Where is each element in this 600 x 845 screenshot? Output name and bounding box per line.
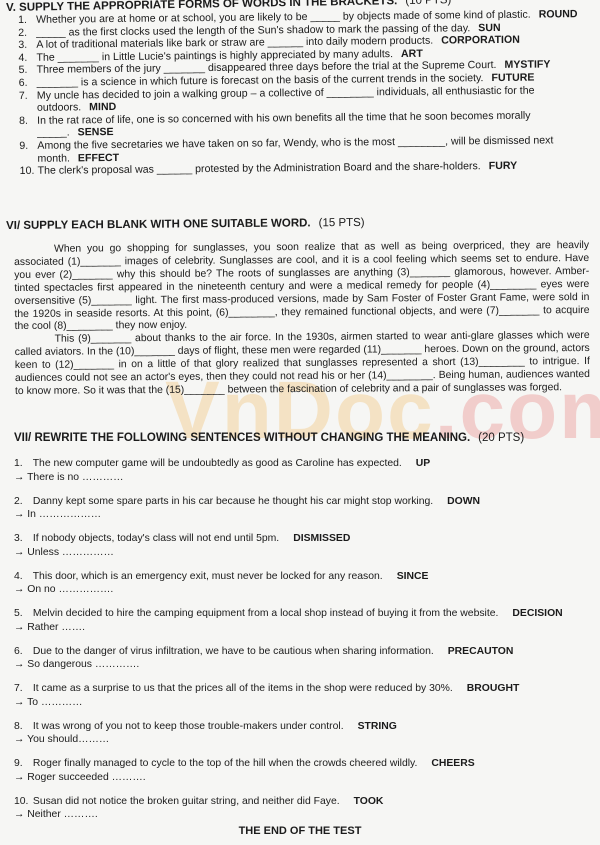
keyword: DOWN [447, 496, 480, 507]
rewrite-sentence: 10. Susan did not notice the broken guit… [14, 795, 589, 809]
rewrite-sentence: 6. Due to the danger of virus infiltrati… [14, 645, 589, 659]
rewrite-item: 7. It came as a surprise to us that the … [14, 682, 589, 709]
section-6-title: VI/ SUPPLY EACH BLANK WITH ONE SUITABLE … [6, 217, 365, 232]
keyword: SINCE [397, 571, 429, 582]
rewrite-item: 3. If nobody objects, today's class will… [14, 532, 589, 559]
keyword: UP [416, 458, 430, 469]
question-number: 10. [20, 165, 38, 178]
question-number: 7. [19, 89, 37, 114]
rewrite-item: 6. Due to the danger of virus infiltrati… [14, 645, 589, 672]
rewrite-item: 9. Roger finally managed to cycle to the… [14, 757, 589, 784]
keyword: TOOK [354, 796, 384, 807]
keyword: EFFECT [78, 151, 119, 163]
section-5-list: 1.Whether you are at home or at school, … [18, 8, 590, 178]
answer-prompt: → In ……………… [14, 508, 589, 522]
rewrite-item: 2. Danny kept some spare parts in his ca… [14, 495, 589, 522]
keyword: PRECAUTON [448, 646, 514, 657]
rewrite-sentence: 2. Danny kept some spare parts in his ca… [14, 495, 589, 509]
answer-prompt: → On no ……………. [14, 583, 589, 597]
exam-page: VnDoc.com V. SUPPLY THE APPROPRIATE FORM… [0, 0, 600, 845]
keyword: SENSE [78, 126, 114, 138]
rewrite-item: 4. This door, which is an emergency exit… [14, 570, 589, 597]
question-number: 4. [18, 52, 36, 65]
rewrite-item: 5. Melvin decided to hire the camping eq… [14, 607, 589, 634]
answer-prompt: → To ………… [14, 696, 589, 710]
passage-paragraph: When you go shopping for sunglasses, you… [14, 240, 590, 334]
rewrite-sentence: 5. Melvin decided to hire the camping eq… [14, 607, 589, 621]
rewrite-sentence: 8. It was wrong of you not to keep those… [14, 720, 589, 734]
rewrite-sentence: 9. Roger finally managed to cycle to the… [14, 757, 589, 771]
question-number: 1. [18, 14, 36, 27]
end-of-test: THE END OF THE TEST [0, 825, 600, 837]
rewrite-sentence: 4. This door, which is an emergency exit… [14, 570, 589, 584]
keyword: MIND [89, 101, 116, 113]
rewrite-sentence: 7. It came as a surprise to us that the … [14, 682, 589, 696]
question-number: 2. [18, 26, 36, 39]
rewrite-item: 10. Susan did not notice the broken guit… [14, 795, 589, 822]
rewrite-item: 8. It was wrong of you not to keep those… [14, 720, 589, 747]
question-number: 6. [19, 77, 37, 90]
answer-prompt: → You should……… [14, 733, 589, 747]
section-7-list: 1. The new computer game will be undoubt… [14, 457, 589, 832]
keyword: BROUGHT [467, 683, 520, 694]
keyword: MYSTIFY [504, 59, 550, 71]
section-6-passage: When you go shopping for sunglasses, you… [14, 240, 590, 399]
question-number: 5. [19, 64, 37, 77]
rewrite-sentence: 3. If nobody objects, today's class will… [14, 532, 589, 546]
answer-prompt: → There is no ………… [14, 471, 589, 485]
keyword: FUTURE [491, 72, 534, 84]
keyword: ART [401, 48, 423, 60]
keyword: ROUND [539, 8, 578, 20]
passage-paragraph: This (9)_______ about thanks to the air … [15, 330, 590, 399]
keyword: CORPORATION [441, 34, 520, 47]
answer-prompt: → Unless …………… [14, 546, 589, 560]
answer-prompt: → Neither ………. [14, 808, 589, 822]
answer-prompt: → Rather ……. [14, 621, 589, 635]
keyword: DISMISSED [293, 533, 350, 544]
keyword: SUN [478, 22, 500, 34]
rewrite-sentence: 1. The new computer game will be undoubt… [14, 457, 589, 471]
question-number: 3. [18, 39, 36, 52]
answer-prompt: → So dangerous …………. [14, 658, 589, 672]
section-7-title: VII/ REWRITE THE FOLLOWING SENTENCES WIT… [14, 432, 524, 444]
question-number: 9. [19, 140, 37, 165]
keyword: DECISION [512, 608, 562, 619]
keyword: CHEERS [431, 758, 474, 769]
keyword: FURY [489, 160, 518, 172]
answer-prompt: → Roger succeeded ………. [14, 771, 589, 785]
rewrite-item: 1. The new computer game will be undoubt… [14, 457, 589, 484]
question-number: 8. [19, 115, 37, 140]
keyword: STRING [358, 721, 397, 732]
